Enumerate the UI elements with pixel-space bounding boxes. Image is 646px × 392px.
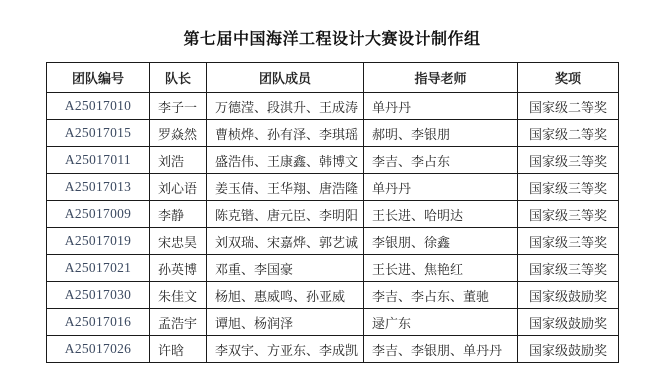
header-team-id: 团队编号 — [47, 63, 150, 93]
award-cell: 国家级二等奖 — [518, 120, 619, 147]
advisors-cell: 王长进、焦艳红 — [364, 255, 518, 282]
advisors-cell: 王长进、哈明达 — [364, 201, 518, 228]
advisors-cell: 郝明、李银朋 — [364, 120, 518, 147]
team-id-cell: A25017010 — [47, 93, 150, 120]
table-row: A25017016 孟浩宇 谭旭、杨润泽 逯广东 国家级鼓励奖 — [47, 309, 619, 336]
table-row: A25017009 李静 陈克锴、唐元臣、李明阳 王长进、哈明达 国家级三等奖 — [47, 201, 619, 228]
members-cell: 曹桢烨、孙有泽、李琪瑶 — [207, 120, 364, 147]
captain-cell: 许晗 — [150, 336, 207, 363]
members-cell: 谭旭、杨润泽 — [207, 309, 364, 336]
table-row: A25017015 罗焱然 曹桢烨、孙有泽、李琪瑶 郝明、李银朋 国家级二等奖 — [47, 120, 619, 147]
members-cell: 陈克锴、唐元臣、李明阳 — [207, 201, 364, 228]
table-row: A25017026 许晗 李双宇、方亚东、李成凯 李吉、李银朋、单丹丹 国家级鼓… — [47, 336, 619, 363]
team-id-cell: A25017013 — [47, 174, 150, 201]
captain-cell: 罗焱然 — [150, 120, 207, 147]
team-id-cell: A25017016 — [47, 309, 150, 336]
team-id-cell: A25017019 — [47, 228, 150, 255]
captain-cell: 刘心语 — [150, 174, 207, 201]
header-award: 奖项 — [518, 63, 619, 93]
captain-cell: 李静 — [150, 201, 207, 228]
header-captain: 队长 — [150, 63, 207, 93]
members-cell: 盛浩伟、王康鑫、韩博文 — [207, 147, 364, 174]
table-header-row: 团队编号 队长 团队成员 指导老师 奖项 — [47, 63, 619, 93]
advisors-cell: 李吉、李银朋、单丹丹 — [364, 336, 518, 363]
table-row: A25017030 朱佳文 杨旭、惠威鸣、孙亚威 李吉、李占东、董驰 国家级鼓励… — [47, 282, 619, 309]
members-cell: 邓重、李国豪 — [207, 255, 364, 282]
award-cell: 国家级三等奖 — [518, 255, 619, 282]
advisors-cell: 单丹丹 — [364, 174, 518, 201]
captain-cell: 李子一 — [150, 93, 207, 120]
members-cell: 刘双瑞、宋嘉烨、郭艺诚 — [207, 228, 364, 255]
advisors-cell: 单丹丹 — [364, 93, 518, 120]
captain-cell: 宋忠昊 — [150, 228, 207, 255]
members-cell: 杨旭、惠威鸣、孙亚威 — [207, 282, 364, 309]
award-results-table: 团队编号 队长 团队成员 指导老师 奖项 A25017010 李子一 万德滢、段… — [46, 62, 619, 363]
award-cell: 国家级二等奖 — [518, 93, 619, 120]
award-cell: 国家级鼓励奖 — [518, 336, 619, 363]
advisors-cell: 李银朋、徐鑫 — [364, 228, 518, 255]
captain-cell: 刘浩 — [150, 147, 207, 174]
table-row: A25017019 宋忠昊 刘双瑞、宋嘉烨、郭艺诚 李银朋、徐鑫 国家级三等奖 — [47, 228, 619, 255]
team-id-cell: A25017009 — [47, 201, 150, 228]
award-cell: 国家级三等奖 — [518, 228, 619, 255]
captain-cell: 孟浩宇 — [150, 309, 207, 336]
team-id-cell: A25017030 — [47, 282, 150, 309]
table-row: A25017021 孙英博 邓重、李国豪 王长进、焦艳红 国家级三等奖 — [47, 255, 619, 282]
table-row: A25017010 李子一 万德滢、段淇升、王成涛 单丹丹 国家级二等奖 — [47, 93, 619, 120]
captain-cell: 朱佳文 — [150, 282, 207, 309]
document-page: { "page": { "title": "第七届中国海洋工程设计大赛设计制作组… — [0, 0, 646, 392]
award-cell: 国家级三等奖 — [518, 174, 619, 201]
team-id-cell: A25017021 — [47, 255, 150, 282]
header-members: 团队成员 — [207, 63, 364, 93]
award-cell: 国家级鼓励奖 — [518, 282, 619, 309]
table-row: A25017013 刘心语 姜玉倩、王华翔、唐浩隆 单丹丹 国家级三等奖 — [47, 174, 619, 201]
members-cell: 万德滢、段淇升、王成涛 — [207, 93, 364, 120]
table-body: A25017010 李子一 万德滢、段淇升、王成涛 单丹丹 国家级二等奖 A25… — [47, 93, 619, 363]
members-cell: 李双宇、方亚东、李成凯 — [207, 336, 364, 363]
award-cell: 国家级三等奖 — [518, 147, 619, 174]
team-id-cell: A25017026 — [47, 336, 150, 363]
team-id-cell: A25017011 — [47, 147, 150, 174]
header-advisors: 指导老师 — [364, 63, 518, 93]
page-title: 第七届中国海洋工程设计大赛设计制作组 — [46, 26, 618, 49]
table-row: A25017011 刘浩 盛浩伟、王康鑫、韩博文 李吉、李占东 国家级三等奖 — [47, 147, 619, 174]
award-cell: 国家级鼓励奖 — [518, 309, 619, 336]
team-id-cell: A25017015 — [47, 120, 150, 147]
advisors-cell: 李吉、李占东、董驰 — [364, 282, 518, 309]
award-cell: 国家级三等奖 — [518, 201, 619, 228]
captain-cell: 孙英博 — [150, 255, 207, 282]
advisors-cell: 逯广东 — [364, 309, 518, 336]
members-cell: 姜玉倩、王华翔、唐浩隆 — [207, 174, 364, 201]
advisors-cell: 李吉、李占东 — [364, 147, 518, 174]
